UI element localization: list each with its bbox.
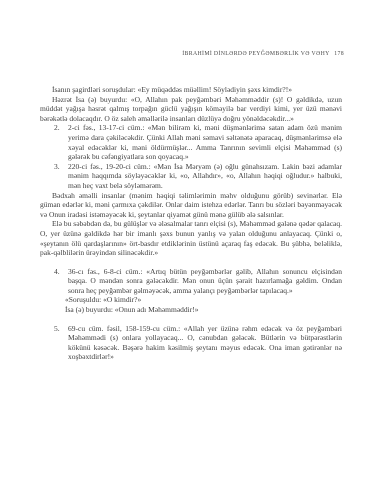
running-header: İBRAHİMİ DİNLƏRDƏ PEYĞƏMBƏRLİK VƏ VƏHY 1…: [182, 51, 344, 57]
list-item-text: 69-cu cüm. fəsil, 158-159-cu cüm.: «Alla…: [68, 324, 342, 362]
list-item-number: 4.: [54, 267, 60, 277]
page-number: 178: [334, 51, 344, 57]
list-item-number: 2.: [54, 123, 60, 133]
page-content: İsanın şagirdləri soruşdular: «Ey müqədd…: [40, 85, 342, 362]
list-item-text: 36-cı fəs., 6-8-ci cüm.: «Artıq bütün pe…: [68, 267, 342, 295]
list-item: 5.69-cu cüm. fəsil, 158-159-cu cüm.: «Al…: [40, 324, 342, 362]
document-page: İBRAHİMİ DİNLƏRDƏ PEYĞƏMBƏRLİK VƏ VƏHY 1…: [0, 0, 373, 480]
paragraph: Bədxah əməlli insanlar (mənim həqiqi təl…: [40, 191, 342, 220]
paragraph: İsanın şagirdləri soruşdular: «Ey müqədd…: [40, 85, 342, 95]
list-item-text: 220-ci fəs., 19-20-ci cüm.: «Mən İsa Mər…: [68, 162, 342, 190]
dialogue-line: «Soruşuldu: «O kimdir?»: [65, 295, 342, 305]
list-item-number: 3.: [54, 162, 60, 172]
paragraph: Həzrət İsa (ə) buyurdu: «O, Allahın pak …: [40, 95, 342, 124]
header-title: İBRAHİMİ DİNLƏRDƏ PEYĞƏMBƏRLİK VƏ VƏHY: [182, 51, 329, 57]
list-item: 3.220-ci fəs., 19-20-ci cüm.: «Mən İsa M…: [40, 162, 342, 191]
list-item-number: 5.: [54, 324, 60, 334]
list-item-text: 2-ci fəs., 13-17-ci cüm.: «Mən bilirəm k…: [68, 123, 342, 161]
paragraph: Elə bu səbəbdən də, bu gülüşlər və ələsa…: [40, 219, 342, 257]
list-item: 2.2-ci fəs., 13-17-ci cüm.: «Mən bilirəm…: [40, 123, 342, 161]
dialogue-line: İsa (ə) buyurdu: «Onun adı Məhəmməddir!»: [65, 305, 342, 315]
list-item: 4.36-cı fəs., 6-8-ci cüm.: «Artıq bütün …: [40, 267, 342, 296]
